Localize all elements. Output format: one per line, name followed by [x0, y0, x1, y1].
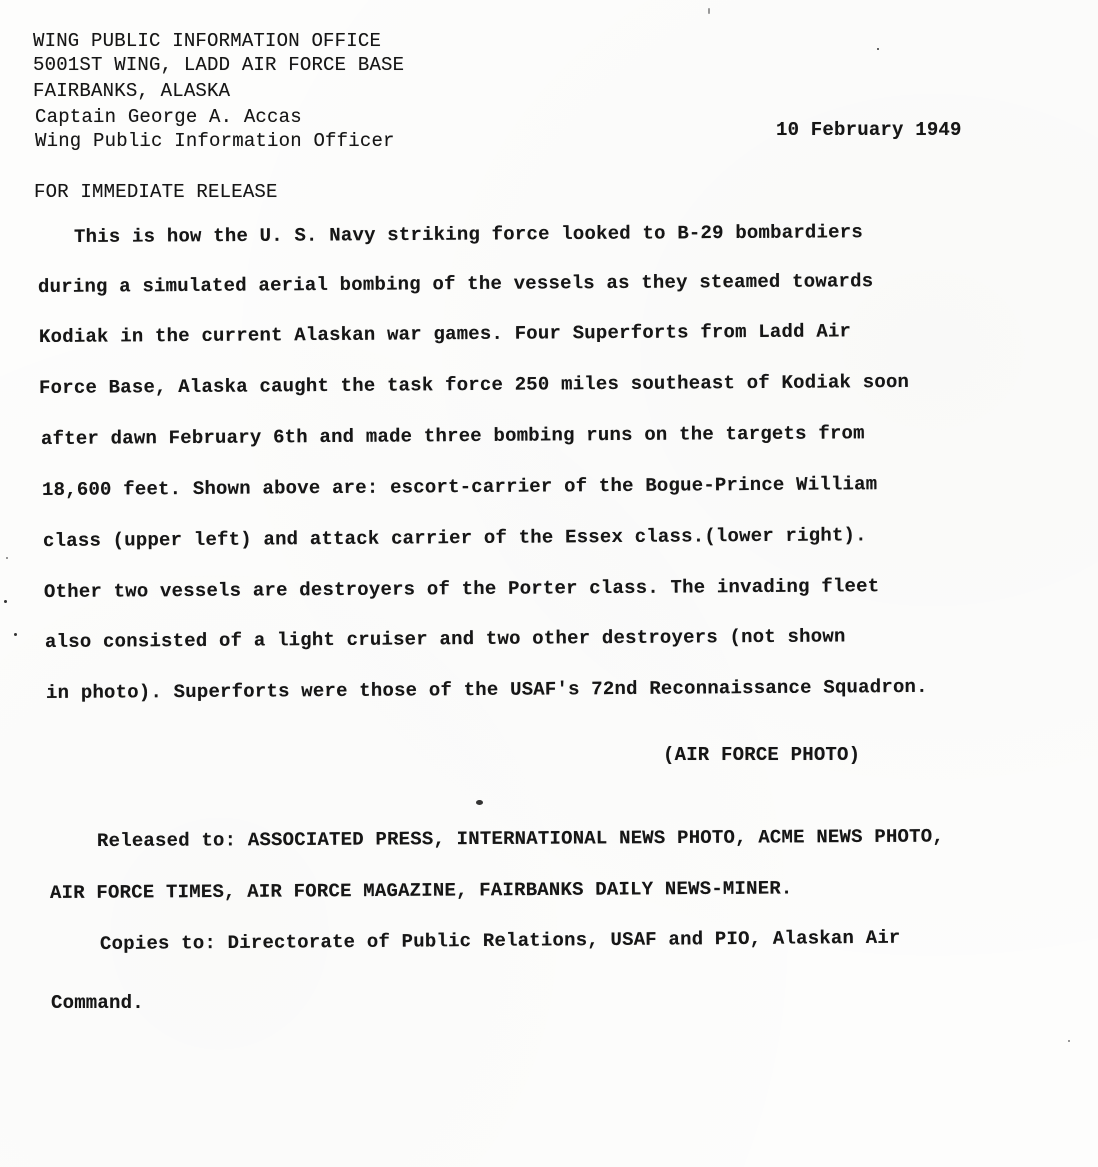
body-line: Other two vessels are destroyers of the … — [44, 577, 879, 602]
ink-speck — [6, 557, 8, 559]
ink-speck — [1068, 1040, 1070, 1042]
body-line: 18,600 feet. Shown above are: escort-car… — [42, 475, 877, 500]
letterhead-wing: 5001ST WING, LADD AIR FORCE BASE — [33, 56, 404, 75]
ink-speck — [14, 633, 17, 636]
body-line: during a simulated aerial bombing of the… — [38, 272, 873, 297]
body-line: after dawn February 6th and made three b… — [41, 424, 865, 449]
typewritten-press-release-page: WING PUBLIC INFORMATION OFFICE 5001ST WI… — [0, 0, 1098, 1167]
body-line: class (upper left) and attack carrier of… — [43, 526, 867, 551]
letterhead-officer-name: Captain George A. Accas — [35, 108, 302, 127]
photo-credit: (AIR FORCE PHOTO) — [663, 746, 860, 765]
ink-speck — [4, 600, 7, 603]
released-to-line: AIR FORCE TIMES, AIR FORCE MAGAZINE, FAI… — [50, 879, 793, 903]
body-line: in photo). Superforts were those of the … — [46, 678, 928, 703]
document-date: 10 February 1949 — [776, 121, 962, 140]
letterhead-location: FAIRBANKS, ALASKA — [33, 82, 230, 101]
released-to-line: Released to: ASSOCIATED PRESS, INTERNATI… — [97, 828, 944, 851]
body-line: Kodiak in the current Alaskan war games.… — [39, 322, 851, 347]
copies-to-line: Copies to: Directorate of Public Relatio… — [100, 929, 901, 954]
ink-speck — [708, 8, 710, 14]
letterhead-office: WING PUBLIC INFORMATION OFFICE — [33, 32, 381, 51]
body-line: also consisted of a light cruiser and tw… — [45, 627, 846, 652]
body-line: This is how the U. S. Navy striking forc… — [74, 223, 863, 247]
letterhead-officer-title: Wing Public Information Officer — [35, 132, 395, 151]
release-label: FOR IMMEDIATE RELEASE — [34, 183, 278, 202]
ink-speck — [877, 48, 879, 50]
copies-to-line: Command. — [51, 994, 144, 1013]
ink-speck — [476, 800, 483, 805]
body-line: Force Base, Alaska caught the task force… — [39, 373, 909, 398]
